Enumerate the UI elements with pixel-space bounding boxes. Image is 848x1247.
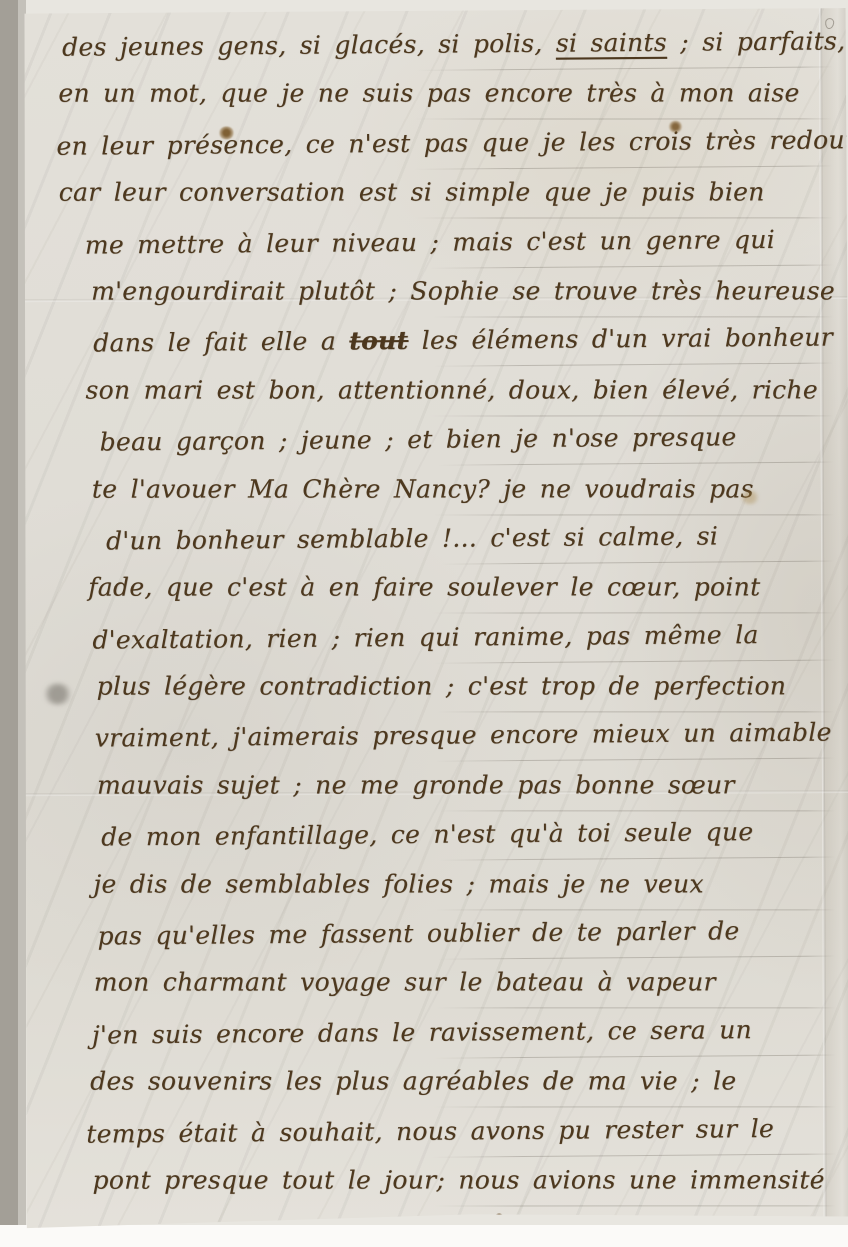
line-segment: son mari est bon, attentionné, doux, bie… bbox=[85, 375, 817, 404]
line-segment: je dis de semblables folies ; mais je ne… bbox=[93, 869, 703, 898]
struck-word: tout bbox=[349, 326, 408, 355]
line-segment: fade, que c'est à en faire soulever le c… bbox=[88, 573, 760, 602]
line-segment: pas qu'elles me fassent oublier de te pa… bbox=[97, 916, 739, 950]
line-segment: j'en suis encore dans le ravissement, ce… bbox=[92, 1015, 752, 1049]
line-segment: pont presque tout le jour; nous avions u… bbox=[93, 1165, 825, 1194]
line-segment: des souvenirs les plus agréables de ma v… bbox=[90, 1067, 736, 1096]
line-segment: en leur présence, ce n'est pas que je le… bbox=[56, 124, 848, 160]
line-segment: les élémens d'un vrai bonheur bbox=[408, 323, 833, 355]
letter-line: j'en suis encore dans le ravissement, ce… bbox=[92, 1014, 848, 1070]
letter-line: je dis de semblables folies ; mais je ne… bbox=[93, 869, 848, 919]
letter-line: fade, que c'est à en faire soulever le c… bbox=[88, 573, 848, 623]
letter-line: en un mot, que je ne suis pas encore trè… bbox=[58, 79, 848, 129]
scan-background: des jeunes gens, si glacés, si polis, si… bbox=[0, 0, 848, 1247]
line-segment: d'un bonheur semblable !... c'est si cal… bbox=[106, 521, 718, 555]
line-segment: des jeunes gens, si glacés, si polis, bbox=[62, 29, 556, 62]
line-segment: d'exaltation, rien ; rien qui ranime, pa… bbox=[92, 620, 759, 654]
line-segment: m'engourdirait plutôt ; Sophie se trouve… bbox=[91, 276, 835, 305]
letter-page: des jeunes gens, si glacés, si polis, si… bbox=[22, 8, 848, 1228]
letter-line: mon charmant voyage sur le bateau à vape… bbox=[94, 968, 848, 1018]
letter-line: d'un bonheur semblable !... c'est si cal… bbox=[106, 520, 848, 575]
letter-line: vraiment, j'aimerais presque encore mieu… bbox=[95, 718, 848, 774]
letter-line: son mari est bon, attentionné, doux, bie… bbox=[85, 375, 848, 425]
letter-line: te l'avouer Ma Chère Nancy? je ne voudra… bbox=[92, 474, 848, 524]
line-segment: ; si parfaits, bbox=[667, 26, 846, 56]
letter-line: m'engourdirait plutôt ; Sophie se trouve… bbox=[91, 276, 848, 326]
line-segment: te l'avouer Ma Chère Nancy? je ne voudra… bbox=[92, 474, 754, 503]
letter-line: de mon enfantillage, ce n'est qu'à toi s… bbox=[101, 817, 848, 873]
line-segment: mon charmant voyage sur le bateau à vape… bbox=[94, 968, 716, 997]
letter-line: pont presque tout le jour; nous avions u… bbox=[93, 1165, 848, 1215]
underlined-phrase: si saints bbox=[556, 28, 667, 58]
letter-text-block: des jeunes gens, si glacés, si polis, si… bbox=[22, 8, 848, 1228]
letter-line: en leur présence, ce n'est pas que je le… bbox=[56, 125, 848, 181]
letter-line: pas qu'elles me fassent oublier de te pa… bbox=[97, 915, 848, 971]
line-segment: dans le fait elle a bbox=[93, 327, 349, 358]
line-segment: plus légère contradiction ; c'est trop d… bbox=[97, 671, 787, 700]
letter-line: mauvais sujet ; ne me gronde pas bonne s… bbox=[97, 770, 848, 820]
line-segment: de mon enfantillage, ce n'est qu'à toi s… bbox=[101, 817, 754, 851]
ink-stain bbox=[587, 1215, 594, 1220]
line-segment: temps était à souhait, nous avons pu res… bbox=[86, 1114, 774, 1149]
letter-line: car leur conversation est si simple que … bbox=[59, 178, 848, 228]
line-segment: car leur conversation est si simple que … bbox=[59, 178, 765, 207]
letter-line: beau garçon ; jeune ; et bien je n'ose p… bbox=[100, 421, 848, 477]
line-segment: beau garçon ; jeune ; et bien je n'ose p… bbox=[100, 422, 737, 456]
letter-line: temps était à souhait, nous avons pu res… bbox=[86, 1113, 848, 1169]
letter-line: des jeunes gens, si glacés, si polis, si… bbox=[62, 26, 848, 82]
letter-line: d'exaltation, rien ; rien qui ranime, pa… bbox=[92, 619, 848, 675]
letter-line: plus légère contradiction ; c'est trop d… bbox=[97, 671, 848, 721]
line-segment: mauvais sujet ; ne me gronde pas bonne s… bbox=[97, 770, 735, 799]
line-segment: vraiment, j'aimerais presque encore mieu… bbox=[95, 718, 832, 753]
line-segment: en un mot, que je ne suis pas encore trè… bbox=[58, 79, 799, 108]
letter-line: des souvenirs les plus agréables de ma v… bbox=[90, 1067, 848, 1117]
letter-line: dans le fait elle a tout les élémens d'u… bbox=[93, 323, 848, 379]
line-segment: me mettre à leur niveau ; mais c'est un … bbox=[85, 225, 775, 260]
letter-line: me mettre à leur niveau ; mais c'est un … bbox=[85, 224, 848, 280]
